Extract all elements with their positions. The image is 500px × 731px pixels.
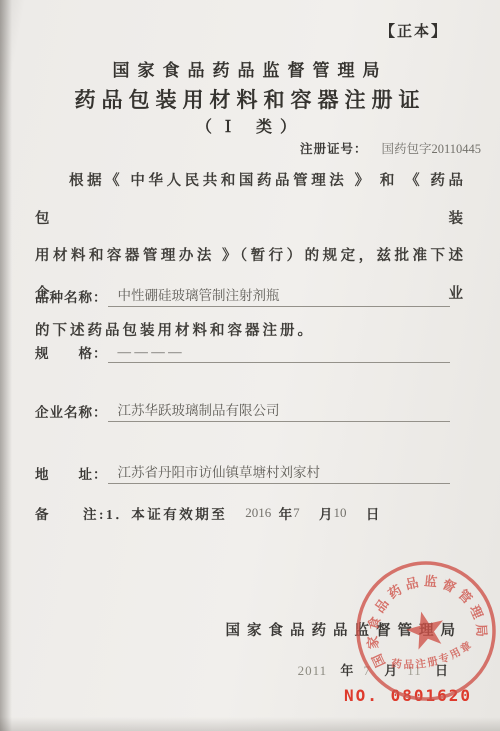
field-company-name: 企业名称： 江苏华跃玻璃制品有限公司 — [35, 399, 450, 422]
company-name-value: 江苏华跃玻璃制品有限公司 — [108, 399, 451, 422]
certificate-title: 药品包装用材料和容器注册证 — [0, 84, 500, 114]
seal-bottom-text: 药品注册专用章 — [388, 637, 478, 679]
address-value: 江苏省丹阳市访仙镇草塘村刘家村 — [108, 461, 451, 484]
specification-value: — — — — — [108, 344, 451, 363]
approval-paragraph: 根据《 中华人民共和国药品管理法 》 和 《 药品包装 用材料和容器管理办法 》… — [35, 163, 466, 351]
official-red-seal: 国家食品药品监督管理局 药品注册专用章 — [352, 557, 500, 705]
year-character: 年 — [279, 507, 294, 522]
svg-text:药品注册专用章: 药品注册专用章 — [388, 637, 478, 679]
certificate-number-row: 注册证号：国药包字20110445 — [300, 139, 481, 157]
copy-type-label: 【正本】 — [380, 20, 448, 41]
issuing-authority-title: 国家食品药品监督管理局 — [0, 56, 500, 81]
certificate-page: 【正本】 国家食品药品监督管理局 药品包装用材料和容器注册证 （Ｉ 类） 注册证… — [0, 0, 500, 731]
seal-star-icon — [403, 607, 449, 651]
day-character: 日 — [366, 507, 381, 522]
certificate-number-value: 国药包字20110445 — [382, 142, 482, 156]
valid-until-day: 10 — [334, 505, 347, 520]
valid-until-year: 2016 — [245, 505, 271, 520]
issue-year: 2011 — [298, 663, 328, 678]
field-address: 地 址： 江苏省丹阳市访仙镇草塘村刘家村 — [35, 461, 450, 484]
valid-until-month: 7 — [293, 505, 300, 520]
company-name-label: 企业名称： — [35, 401, 108, 422]
remarks-label: 备 注:1．本证有效期至 — [35, 507, 227, 522]
variety-name-label: 品种名称： — [35, 286, 108, 307]
month-character: 月 — [319, 507, 334, 522]
variety-name-value: 中性硼硅玻璃管制注射剂瓶 — [108, 284, 451, 307]
field-variety-name: 品种名称： 中性硼硅玻璃管制注射剂瓶 — [35, 284, 450, 307]
address-label: 地 址： — [35, 463, 108, 484]
field-specification: 规 格： — — — — — [35, 342, 450, 363]
specification-label: 规 格： — [35, 342, 108, 363]
certificate-class: （Ｉ 类） — [0, 114, 500, 137]
field-remarks: 备 注:1．本证有效期至2016 年7 月10 日 — [35, 503, 460, 523]
paragraph-line: 根据《 中华人民共和国药品管理法 》 和 《 药品包装 — [35, 163, 466, 238]
certificate-number-label: 注册证号： — [300, 142, 368, 156]
